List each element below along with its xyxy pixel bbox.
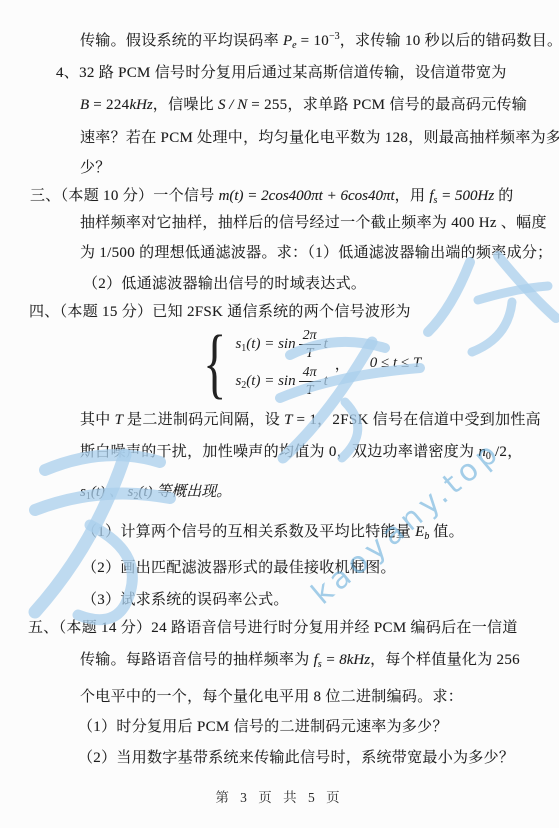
text-segment: 传输。假设系统的平均误码率 [80,33,283,49]
math-mid: (t) 、 [91,484,128,500]
section3-item2: （2）低通滤波器输出信号的时域表达式。 [83,274,366,294]
text-segment: /2， [491,444,523,460]
text-segment: = 1，2FSK 信号在信道中受到加性高 [292,412,541,428]
text-segment: ，用 [395,188,430,204]
math-var-T: T [115,412,123,428]
section3-heading: 三、（本题 10 分）一个信号 m(t) = 2cos400πt + 6cos4… [30,186,514,211]
text-segment: 的 [494,188,513,204]
comma: ， [335,353,350,374]
text-segment: （2）画出匹配滤波器形式的最佳接收机框图。 [82,560,396,576]
question4-line4: 少？ [80,158,111,178]
text-segment: 是二进制码元间隔，设 [123,412,284,428]
text-segment: 其中 [80,412,115,428]
question2-tail-line: 传输。假设系统的平均误码率 Pe = 10−3，求传输 10 秒以后的错码数目。 [80,27,559,56]
text-segment: = 224 [89,97,129,113]
section5-item2: （2）当用数字基带系统来传输此信号时，系统带宽最小为多少？ [78,748,514,768]
text-segment: （3）试求系统的误码率公式。 [82,592,289,608]
question4-line3: 速率？若在 PCM 处理中，均匀量化电平数为 128，则最高抽样频率为多 [80,128,559,148]
text-segment: 斯白噪声的干扰，加性噪声的均值为 0，双边功率谱密度为 [80,444,478,460]
math-var-Pe: Pe [283,33,297,49]
math-unit-kHz: kHz [129,97,152,113]
text-segment: ，求传输 10 秒以后的错码数目。 [340,33,559,49]
math-var-s1: s1 [80,484,91,500]
text-segment: 五、（本题 14 分）24 路语音信号进行时分复用并经 PCM 编码后在一信道 [28,620,518,636]
fraction-4pi-T: 4π T [299,365,321,398]
section4-item3: （3）试求系统的误码率公式。 [82,590,289,610]
text-segment: 传输。每路语音信号的抽样频率为 [80,652,314,668]
text-segment: 为 1/500 的理想低通滤波器。求：（1）低通滤波器输出端的频率成分； [80,245,552,261]
text-segment: 个电平中的一个，每个量化电平用 8 位二进制编码。求： [80,689,463,705]
section3-line2: 抽样频率对它抽样，抽样后的信号经过一个截止频率为 400 Hz 、幅度 [80,213,547,233]
text-segment: = 255 [247,97,287,113]
equation-s1: s1 (t) = sin 2π T t [235,326,327,363]
section4-para3: s1(t) 、 s2(t) 等概出现。 [80,482,231,507]
text-segment: ，求单路 PCM 信号的最高码元传输 [287,97,527,113]
question4-line1: 4、32 路 PCM 信号时分复用后通过某高斯信道传输，设信道带宽为 [56,63,507,83]
text-segment: ，每个样值量化为 256 [370,652,520,668]
text-segment: = 10 [297,33,329,49]
math-var-Eb: Eb [415,524,429,540]
section3-line3: 为 1/500 的理想低通滤波器。求：（1）低通滤波器输出端的频率成分； [80,243,552,263]
math-var-fs: fs [314,652,322,668]
math-var-t: t [324,336,328,353]
fraction-2pi-T: 2π T [299,328,321,361]
math-value: = 8kHz [322,652,370,668]
math-expression-mt: m(t) = 2cos400πt + 6cos40πt [219,188,395,204]
question4-line2: B = 224kHz，信噪比 S / N = 255，求单路 PCM 信号的最高… [80,95,527,115]
exam-page: 传输。假设系统的平均误码率 Pe = 10−3，求传输 10 秒以后的错码数目。… [0,0,559,828]
page-number: 第 3 页 共 5 页 [0,786,559,806]
math-var-B: B [80,97,89,113]
text-segment: 三、（本题 10 分）一个信号 [30,188,219,204]
text-segment: （2）低通滤波器输出信号的时域表达式。 [83,276,366,292]
math-var-s2: s2 [235,373,246,391]
exponent: −3 [329,31,340,42]
math-var-t: t [324,373,328,390]
text-segment: （1）计算两个信号的互相关系数及平均比特能量 [82,524,415,540]
equation-column: s1 (t) = sin 2π T t s2 (t) = sin 4π T t [235,326,327,400]
math-var-s2: s2 [128,484,139,500]
section5-heading: 五、（本题 14 分）24 路语音信号进行时分复用并经 PCM 编码后在一信道 [28,618,518,638]
math-mid: (t) = sin [246,336,295,353]
equation-condition: 0 ≤ t ≤ T [370,355,421,372]
fsk-equation-block: { s1 (t) = sin 2π T t s2 (t) = sin 4π T … [196,326,421,400]
text-segment: 值。 [429,524,464,540]
section4-para1: 其中 T 是二进制码元间隔，设 T = 1，2FSK 信号在信道中受到加性高 [80,410,541,430]
text-segment: ，信噪比 [153,97,218,113]
section5-line2: 传输。每路语音信号的抽样频率为 fs = 8kHz，每个样值量化为 256 [80,650,520,675]
section5-item1: （1）时分复用后 PCM 信号的二进制码元速率为多少？ [78,717,448,737]
math-mid: (t) 等概出现。 [138,484,231,500]
section5-line3: 个电平中的一个，每个量化电平用 8 位二进制编码。求： [80,687,463,707]
math-value: = 500Hz [437,188,494,204]
text-segment: 4、32 路 PCM 信号时分复用后通过某高斯信道传输，设信道带宽为 [56,65,507,81]
text-segment: 速率？若在 PCM 处理中，均匀量化电平数为 128，则最高抽样频率为多 [80,130,559,146]
math-var-s1: s1 [235,336,246,354]
math-var-SN: S / N [218,97,247,113]
equation-s2: s2 (t) = sin 4π T t [235,363,327,400]
math-mid: (t) = sin [246,373,295,390]
section4-item1: （1）计算两个信号的互相关系数及平均比特能量 Eb 值。 [82,522,464,547]
section4-para2: 斯白噪声的干扰，加性噪声的均值为 0，双边功率谱密度为 n0 /2， [80,442,523,467]
section4-item2: （2）画出匹配滤波器形式的最佳接收机框图。 [82,558,396,578]
text-segment: （2）当用数字基带系统来传输此信号时，系统带宽最小为多少？ [78,750,514,766]
text-segment: 少？ [80,160,111,176]
text-segment: 四、（本题 15 分）已知 2FSK 通信系统的两个信号波形为 [29,304,411,320]
text-segment: （1）时分复用后 PCM 信号的二进制码元速率为多少？ [78,719,448,735]
text-segment: 抽样频率对它抽样，抽样后的信号经过一个截止频率为 400 Hz 、幅度 [80,215,547,231]
math-var-n0: n0 [478,444,491,460]
left-brace: { [203,326,226,400]
